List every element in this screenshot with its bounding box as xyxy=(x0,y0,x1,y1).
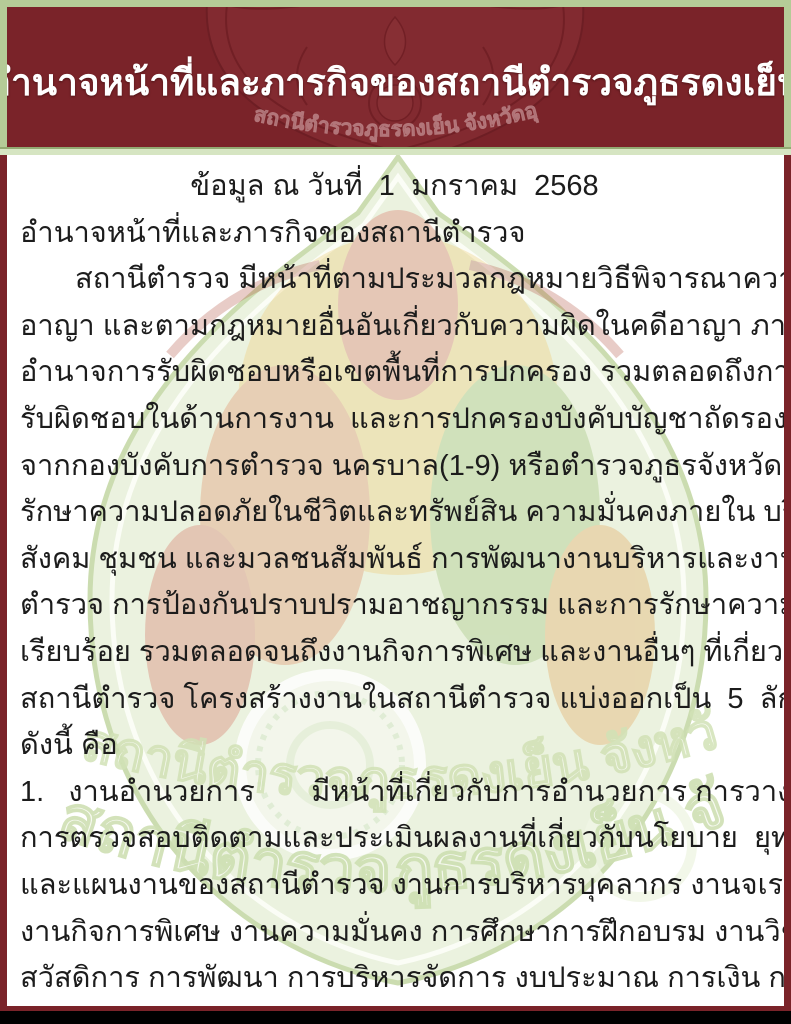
header-divider xyxy=(0,147,791,155)
text-line: รักษาความปลอดภัยในชีวิตและทรัพย์สิน ความ… xyxy=(20,489,769,536)
text-line: งานกิจการพิเศษ งานความมั่นคง การศึกษาการ… xyxy=(20,909,769,956)
text-line: อำนาจหน้าที่และภารกิจของสถานีตำรวจ xyxy=(20,210,769,257)
document-page: สถานีตำรวจภูธรดงเย็น จังหวัดอุดรธานี อำน… xyxy=(0,0,791,1024)
text-line: อาญา และตามกฎหมายอื่นอันเกี่ยวกับความผิด… xyxy=(20,303,769,350)
bottom-black-bar xyxy=(0,1011,791,1024)
text-line: สถานีตำรวจ โครงสร้างงานในสถานีตำรวจ แบ่ง… xyxy=(20,676,769,723)
document-body: ข้อมูล ณ วันที่ 1 มกราคม 2568อำนาจหน้าที… xyxy=(0,163,791,1002)
header-banner: สถานีตำรวจภูธรดงเย็น จังหวัดอุดรธานี อำน… xyxy=(7,7,784,147)
text-line: รับผิดชอบในด้านการงาน และการปกครองบังคับ… xyxy=(20,396,769,443)
text-line: อำนาจการรับผิดชอบหรือเขตพื้นที่การปกครอง… xyxy=(20,349,769,396)
text-line: ข้อมูล ณ วันที่ 1 มกราคม 2568 xyxy=(20,163,769,210)
header-frame: สถานีตำรวจภูธรดงเย็น จังหวัดอุดรธานี อำน… xyxy=(0,0,791,155)
text-line: ตำรวจ การป้องกันปราบปรามอาชญากรรม และการ… xyxy=(20,582,769,629)
text-line: สถานีตำรวจ มีหน้าที่ตามประมวลกฎหมายวิธีพ… xyxy=(20,256,769,303)
text-line: 1. งานอำนวยการ มีหน้าที่เกี่ยวกับการอำนว… xyxy=(20,769,769,816)
text-line: สวัสดิการ การพัฒนา การบริหารจัดการ งบประ… xyxy=(20,955,769,1002)
text-line: จากกองบังคับการตำรวจ นครบาล(1-9) หรือตำร… xyxy=(20,443,769,490)
text-line: การตรวจสอบติดตามและประเมินผลงานที่เกี่ยว… xyxy=(20,815,769,862)
text-line: ดังนี้ คือ xyxy=(20,722,769,769)
page-title: อำนาจหน้าที่และภารกิจของสถานีตำรวจภูธรดง… xyxy=(7,7,784,147)
left-border-strip xyxy=(0,155,7,1006)
text-line: และแผนงานของสถานีตำรวจ งานการบริหารบุคลา… xyxy=(20,862,769,909)
right-border-strip xyxy=(784,155,791,1006)
text-line: เรียบร้อย รวมตลอดจนถึงงานกิจการพิเศษ และ… xyxy=(20,629,769,676)
content-area: สถานีตำรวจภูธรดงเย็น จังหวัดอุดรธานี สถา… xyxy=(0,155,791,1006)
text-line: สังคม ชุมชน และมวลชนสัมพันธ์ การพัฒนางาน… xyxy=(20,536,769,583)
